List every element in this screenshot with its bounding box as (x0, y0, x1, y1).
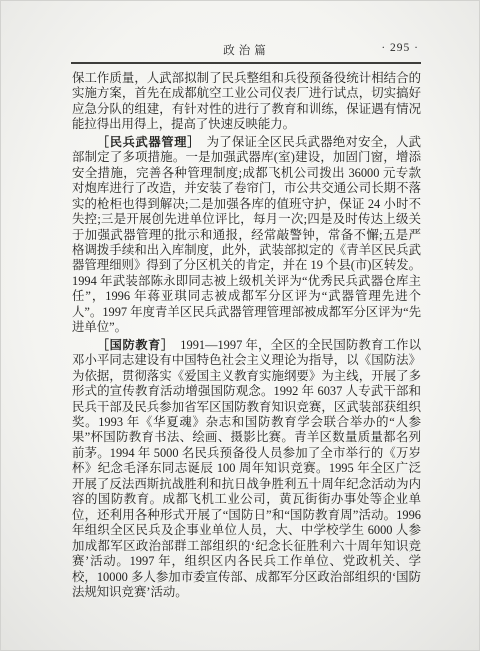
entry-paragraph: ［民兵武器管理］ 为了保证全区民兵武器绝对安全，人武部制定了多项措施。一是加强武… (72, 135, 421, 336)
entry-paragraph: ［国防教育］ 1991—1997 年，全区的全民国防教育工作以邓小平同志建设有中… (72, 338, 421, 601)
entry-heading: ［国防教育］ (97, 338, 168, 352)
paragraph: 保工作质量，人武部拟制了民兵整组和兵役预备役统计相结合的实施方案，首先在成都航空… (72, 71, 421, 133)
page-number: · 295 · (381, 42, 419, 54)
header-rule (71, 62, 421, 64)
page-header: 政治篇 · 295 · (72, 42, 421, 58)
scanned-page: 政治篇 · 295 · 保工作质量，人武部拟制了民兵整组和兵役预备役统计相结合的… (0, 0, 480, 651)
running-title: 政治篇 (72, 42, 421, 58)
entry-heading: ［民兵武器管理］ (97, 135, 194, 149)
page-body: 保工作质量，人武部拟制了民兵整组和兵役预备役统计相结合的实施方案，首先在成都航空… (72, 71, 421, 600)
